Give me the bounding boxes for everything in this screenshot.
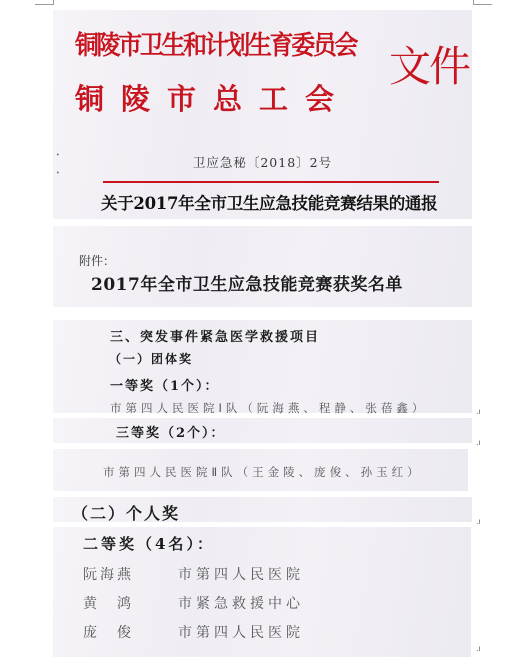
paragraph-mark: .ı [476,408,481,416]
section-heading: 三、突发事件紧急医学救援项目 [110,326,320,345]
attachment-label: 附件： [79,252,115,269]
individual-award-image: （二）个人奖 [53,497,472,522]
paragraph-mark: .ı [476,439,481,447]
page-corner-mark-right [473,0,492,5]
winner-name: 庞 俊 [83,622,134,642]
paragraph-mark: .ı [476,518,481,526]
attachment-header-image: 附件： 2017年全市卫生应急技能竞赛获奖名单 [53,226,472,307]
page-corner-mark-left [35,0,54,5]
third-prize-team-image: 市第四人民医院Ⅱ队（王金陵、庞俊、孙玉红） [53,449,468,491]
letterhead-image: 铜陵市卫生和计划生育委员会 铜陵市总工会 文件 • • 卫应急秘〔2018〕2号… [53,10,472,219]
second-prize-label: 二等奖（4名）： [83,533,215,554]
first-prize-label: 一等奖（1个）： [110,375,220,394]
document-title: 关于2017年全市卫生应急技能竞赛结果的通报 [101,190,437,214]
red-divider-line [103,181,439,183]
org-name-health-commission: 铜陵市卫生和计划生育委员会 [75,25,356,62]
third-prize-label: 三等奖（2个）： [116,422,226,441]
paragraph-mark: .ı [476,645,481,653]
winner-name: 黄 鸿 [83,593,134,613]
winner-unit: 市紧急救援中心 [178,593,304,613]
team-award-heading: （一）团体奖 [109,350,193,367]
third-prize-team: 市第四人民医院Ⅱ队（王金陵、庞俊、孙玉红） [103,464,423,480]
individual-award-heading: （二）个人奖 [72,501,180,522]
winner-unit: 市第四人民医院 [178,622,304,642]
attachment-title: 2017年全市卫生应急技能竞赛获奖名单 [91,270,403,295]
doc-type-label: 文件 [389,34,469,94]
scan-speck: • [56,170,60,177]
section-three-image: 三、突发事件紧急医学救援项目 （一）团体奖 一等奖（1个）： 市第四人民医院Ⅰ队… [53,320,472,413]
document-number: 卫应急秘〔2018〕2号 [53,153,472,171]
first-prize-team: 市第四人民医院Ⅰ队（阮海燕、程静、张蓓鑫） [110,400,427,416]
third-prize-image: 三等奖（2个）： [53,418,472,443]
second-prize-list-image: 二等奖（4名）： 阮海燕 市第四人民医院 黄 鸿 市紧急救援中心 庞 俊 市第四… [53,527,471,657]
winner-name: 阮海燕 [83,564,134,584]
org-name-trade-union: 铜陵市总工会 [75,77,351,118]
winner-unit: 市第四人民医院 [178,564,304,584]
